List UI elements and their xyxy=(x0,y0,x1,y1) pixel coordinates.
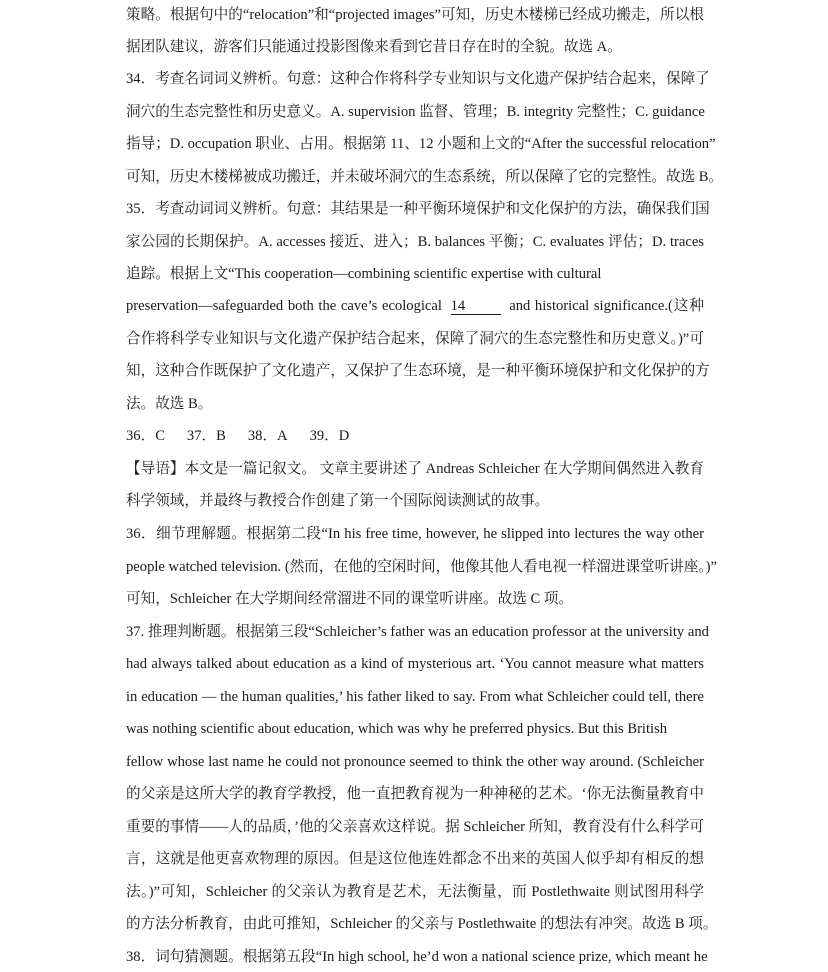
answer-item: 38．A xyxy=(248,426,288,446)
answer-item: 37．B xyxy=(187,426,226,446)
text-line: fellow whose last name he could not pron… xyxy=(126,752,704,772)
text-line: 可知，Schleicher 在大学期间经常溜进不同的课堂听讲座。故选 C 项。 xyxy=(126,589,573,609)
text-line: 合作将科学专业知识与文化遗产保护结合起来，保障了洞穴的生态完整性和历史意义。)”… xyxy=(126,329,704,349)
text-line: people watched television. (然而，在他的空闲时间，他… xyxy=(126,557,704,577)
answer-item: 39．D xyxy=(310,426,350,446)
text-line: 的父亲是这所大学的教育学教授，他一直把教育视为一种神秘的艺术。‘你无法衡量教育中 xyxy=(126,784,704,804)
text-line: 知，这种合作既保护了文化遗产，又保护了生态环境，是一种平衡环境保护和文化保护的方 xyxy=(126,361,704,381)
text-line: 37. 推理判断题。根据第三段“Schleicher’s father was … xyxy=(126,622,704,642)
text-line: 可知，历史木楼梯被成功搬迁，并未破坏洞穴的生态系统，所以保障了它的完整性。故选 … xyxy=(126,167,704,187)
text-line: 策略。根据句中的“relocation”和“projected images”可… xyxy=(126,5,704,25)
text-line: in education — the human qualities,’ his… xyxy=(126,687,704,707)
text-line: 35．考查动词词义辨析。句意：其结果是一种平衡环境保护和文化保护的方法，确保我们… xyxy=(126,199,704,219)
text-line: 法。故选 B。 xyxy=(126,394,212,414)
text-line: 36．细节理解题。根据第二段“In his free time, however… xyxy=(126,524,704,544)
text-line: 据团队建议，游客们只能通过投影图像来看到它昔日存在时的全貌。故选 A。 xyxy=(126,37,622,57)
answer-item: 36．C xyxy=(126,426,165,446)
blank-line-after: and historical significance.(这种 xyxy=(509,298,704,314)
text-line: 的方法分析教育，由此可推知，Schleicher 的父亲与 Postlethwa… xyxy=(126,914,704,934)
text-line: had always talked about education as a k… xyxy=(126,654,704,674)
text-line: 科学领域，并最终与教授合作创建了第一个国际阅读测试的故事。 xyxy=(126,491,549,511)
text-line: 家公园的长期保护。A. accesses 接近、进入；B. balances 平… xyxy=(126,232,704,252)
text-line: 指导；D. occupation 职业、占用。根据第 11、12 小题和上文的“… xyxy=(126,134,704,154)
text-line: 【导语】本文是一篇记叙文。 文章主要讲述了 Andreas Schleicher… xyxy=(126,459,704,479)
text-line: 38．词句猜测题。根据第五段“In high school, he’d won … xyxy=(126,947,704,967)
text-line: 洞穴的生态完整性和历史意义。A. supervision 监督、管理；B. in… xyxy=(126,102,704,122)
blank-line-before: preservation—safeguarded both the cave’s… xyxy=(126,298,442,314)
text-line: 34．考查名词词义辨析。句意：这种合作将科学专业知识与文化遗产保护结合起来，保障… xyxy=(126,69,704,89)
text-line: 追踪。根据上文“This cooperation—combining scien… xyxy=(126,264,601,284)
fill-blank-number: 14 xyxy=(451,298,501,315)
text-line-with-blank: preservation—safeguarded both the cave’s… xyxy=(126,296,704,316)
text-line: 言，这就是他更喜欢物理的原因。但是这位他连姓都念不出来的英国人似乎却有相反的想 xyxy=(126,849,704,869)
text-line: 法。)”可知，Schleicher 的父亲认为教育是艺术，无法衡量，而 Post… xyxy=(126,882,704,902)
answer-key-row: 36．C37．B38．A39．D xyxy=(126,426,371,446)
text-line: was nothing scientific about education, … xyxy=(126,719,667,739)
text-line: 重要的事情——人的品质，’他的父亲喜欢这样说。据 Schleicher 所知，教… xyxy=(126,817,704,837)
